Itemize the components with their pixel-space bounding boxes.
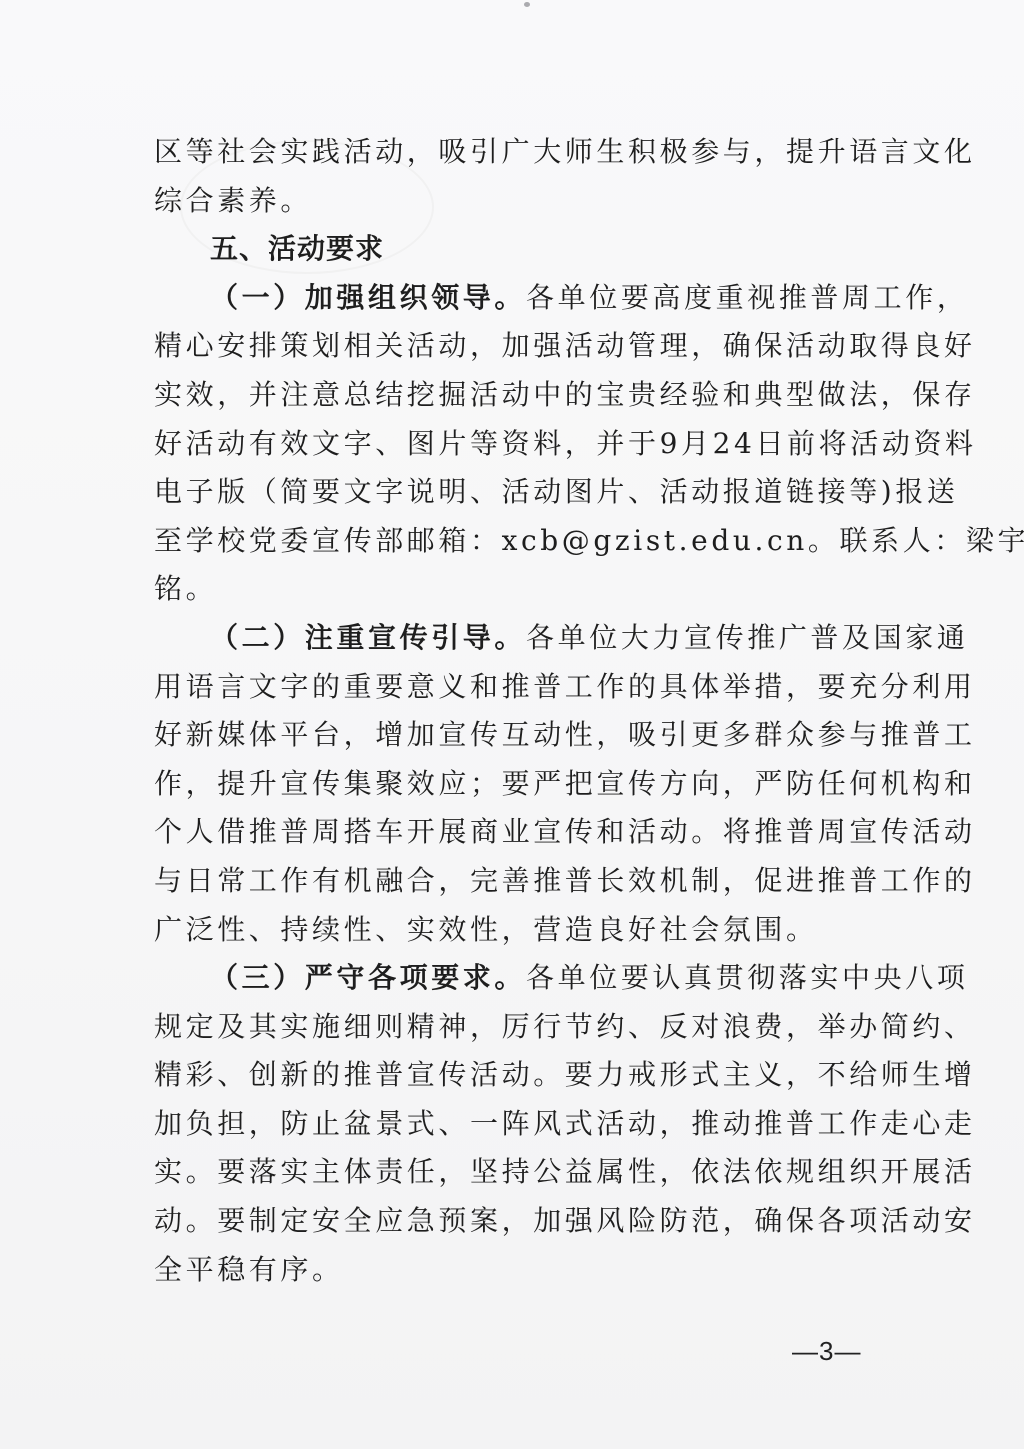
text-line: 与日常工作有机融合，完善推普长效机制，促进推普工作的 (154, 857, 870, 906)
text-line: 全平稳有序。 (154, 1246, 870, 1295)
text-line: 动。要制定安全应急预案，加强风险防范，确保各项活动安 (154, 1197, 870, 1246)
text-line: 精心安排策划相关活动，加强活动管理，确保活动取得良好 (154, 322, 870, 371)
scan-artifact-dot (524, 2, 530, 7)
document-page: 区等社会实践活动，吸引广大师生积极参与，提升语言文化 综合素养。 五、活动要求 … (0, 0, 1024, 1449)
text-line: 作，提升宣传集聚效应；要严把宣传方向，严防任何机构和 (154, 760, 870, 809)
document-body: 区等社会实践活动，吸引广大师生积极参与，提升语言文化 综合素养。 五、活动要求 … (154, 128, 870, 1294)
paragraph-item-1: （一）加强组织领导。各单位要高度重视推普周工作， 精心安排策划相关活动，加强活动… (154, 274, 870, 614)
text-line: （一）加强组织领导。各单位要高度重视推普周工作， (154, 274, 870, 323)
item-lead-text: 各单位大力宣传推广普及国家通 (526, 621, 968, 654)
item-lead-title: （一）加强组织领导。 (210, 281, 526, 314)
text-line: 综合素养。 (154, 177, 870, 226)
text-line: 精彩、创新的推普宣传活动。要力戒形式主义，不给师生增 (154, 1051, 870, 1100)
text-line: 区等社会实践活动，吸引广大师生积极参与，提升语言文化 (154, 128, 870, 177)
text-line: 规定及其实施细则精神，厉行节约、反对浪费，举办简约、 (154, 1003, 870, 1052)
paragraph-intro: 区等社会实践活动，吸引广大师生积极参与，提升语言文化 综合素养。 (154, 128, 870, 225)
paragraph-item-3: （三）严守各项要求。各单位要认真贯彻落实中央八项 规定及其实施细则精神，厉行节约… (154, 954, 870, 1294)
text-line: 好活动有效文字、图片等资料，并于9月24日前将活动资料 (154, 420, 870, 469)
text-line: 好新媒体平台，增加宣传互动性，吸引更多群众参与推普工 (154, 711, 870, 760)
text-line: 加负担，防止盆景式、一阵风式活动，推动推普工作走心走 (154, 1100, 870, 1149)
text-line: 实效，并注意总结挖掘活动中的宝贵经验和典型做法，保存 (154, 371, 870, 420)
item-lead-text: 各单位要认真贯彻落实中央八项 (526, 961, 968, 994)
text-line: （二）注重宣传引导。各单位大力宣传推广普及国家通 (154, 614, 870, 663)
text-line: 个人借推普周搭车开展商业宣传和活动。将推普周宣传活动 (154, 808, 870, 857)
paragraph-item-2: （二）注重宣传引导。各单位大力宣传推广普及国家通 用语言文字的重要意义和推普工作… (154, 614, 870, 954)
text-line: 电子版（简要文字说明、活动图片、活动报道链接等)报送 (154, 468, 870, 517)
page-number: —3— (792, 1336, 861, 1367)
text-line: 实。要落实主体责任，坚持公益属性，依法依规组织开展活 (154, 1148, 870, 1197)
section-heading: 五、活动要求 (154, 225, 870, 274)
item-lead-text: 各单位要高度重视推普周工作， (526, 281, 968, 314)
text-line: 广泛性、持续性、实效性，营造良好社会氛围。 (154, 906, 870, 955)
text-line: 铭。 (154, 565, 870, 614)
text-line: 至学校党委宣传部邮箱：xcb@gzist.edu.cn。联系人：梁宇 (154, 517, 870, 566)
item-lead-title: （二）注重宣传引导。 (210, 621, 526, 654)
text-line: （三）严守各项要求。各单位要认真贯彻落实中央八项 (154, 954, 870, 1003)
text-line: 用语言文字的重要意义和推普工作的具体举措，要充分利用 (154, 663, 870, 712)
item-lead-title: （三）严守各项要求。 (210, 961, 526, 994)
